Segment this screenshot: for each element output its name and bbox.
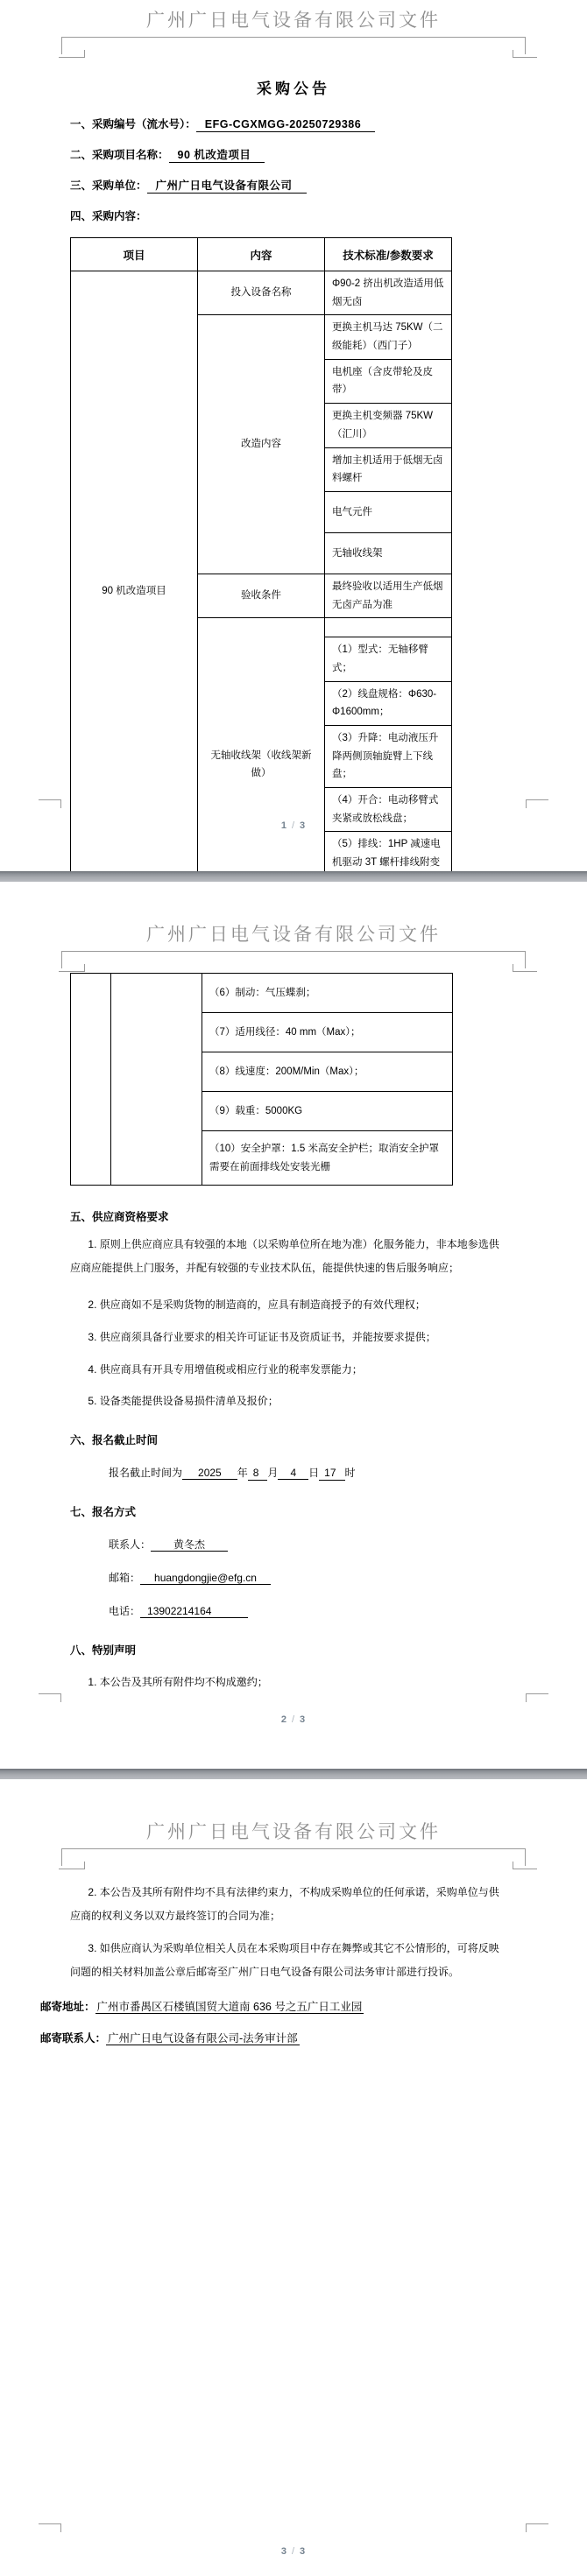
content-cell: 验收条件 xyxy=(198,574,325,617)
section8-item3: 3. 如供应商认为采购单位相关人员在本采购项目中存在舞弊或其它不公情形的，可将反… xyxy=(70,1937,508,1984)
spec-cell: （3）升降：电动液压升降两侧顶轴旋臂上下线盘； xyxy=(325,726,452,788)
field-purchase-number: 一、采购编号（流水号）：EFG-CGXMGG-20250729386 xyxy=(70,116,587,133)
header-cell-spec: 技术标准/参数要求 xyxy=(325,238,452,271)
field-value: 广州广日电气设备有限公司 xyxy=(147,179,307,194)
field-label: 二、采购项目名称： xyxy=(70,149,169,161)
spec-cell: （10）安全护罩：1.5 米高安全护栏；取消安全护罩需要在前面排线处安装光栅 xyxy=(202,1131,453,1186)
contact-name-label: 联系人： xyxy=(109,1538,151,1551)
deadline-day-unit: 日 xyxy=(308,1467,319,1479)
spec-cell: 电机座（含皮带轮及皮带） xyxy=(325,359,452,403)
field-purchase-content: 四、采购内容： xyxy=(70,208,587,225)
content-cell-empty xyxy=(111,974,202,1186)
letterhead-rule xyxy=(61,37,526,38)
company-letterhead: 广州广日电气设备有限公司文件 xyxy=(0,6,587,32)
deadline-month: 8 xyxy=(248,1467,268,1481)
page-number-slash: / xyxy=(287,2546,300,2557)
mailing-contact-value: 广州广日电气设备有限公司-法务审计部 xyxy=(106,2032,300,2045)
field-purchase-unit: 三、采购单位：广州广日电气设备有限公司 xyxy=(70,177,587,194)
section5-item: 4. 供应商具有开具专用增值税或相应行业的税率发票能力； xyxy=(70,1362,508,1377)
section5-item: 1. 原则上供应商应具有较强的本地（以采购单位所在地为准）化服务能力，非本地参选… xyxy=(70,1233,508,1280)
section5-item: 5. 设备类能提供设备易损件清单及报价； xyxy=(70,1394,508,1409)
header-cell-project: 项目 xyxy=(71,238,198,271)
section8-heading: 八、特别声明 xyxy=(70,1642,587,1658)
deadline-hour-unit: 时 xyxy=(345,1467,356,1479)
deadline-year-unit: 年 xyxy=(237,1467,248,1479)
field-project-name: 二、采购项目名称：90 机改造项目 xyxy=(70,146,587,164)
spec-cell-empty xyxy=(325,618,452,637)
page-header: 广州广日电气设备有限公司文件 xyxy=(0,0,587,38)
page-number: 1/3 xyxy=(0,820,587,831)
deadline-year: 2025 xyxy=(182,1467,237,1480)
spec-cell: （1）型式：无轴移臂式； xyxy=(325,637,452,681)
contact-name-line: 联系人：黄冬杰 xyxy=(109,1537,517,1552)
mailing-contact-label: 邮寄联系人： xyxy=(40,2032,106,2045)
page-number-slash: / xyxy=(287,820,300,831)
spec-cell: （2）线盘规格：Φ630-Φ1600mm； xyxy=(325,681,452,725)
letterhead-rule xyxy=(61,951,526,952)
document-page-1: 广州广日电气设备有限公司文件 采购公告 一、采购编号（流水号）：EFG-CGXM… xyxy=(0,0,587,871)
contact-email-value: huangdongjie@efg.cn xyxy=(140,1572,271,1585)
page-number-total: 3 xyxy=(300,2546,306,2557)
section8-item1: 1. 本公告及其所有附件均不构成邀约； xyxy=(70,1675,508,1690)
table-row: （6）制动：气压蝶刹； xyxy=(71,974,453,1013)
spec-cell: 增加主机适用于低烟无卤料螺杆 xyxy=(325,447,452,491)
page-number: 2/3 xyxy=(0,1714,587,1725)
project-cell-empty xyxy=(71,974,111,1186)
section6-heading: 六、报名截止时间 xyxy=(70,1432,587,1447)
mailing-address-line: 邮寄地址：广州市番禺区石楼镇国贸大道南 636 号之五广日工业园 xyxy=(40,1998,517,2016)
content-cell: 无轴收线架（收线架新做） xyxy=(198,618,325,871)
contact-phone-value: 13902214164 xyxy=(140,1605,248,1618)
deadline-month-unit: 月 xyxy=(267,1467,278,1479)
field-list: 一、采购编号（流水号）：EFG-CGXMGG-20250729386 二、采购项… xyxy=(70,116,587,225)
crop-mark-top-left xyxy=(59,1862,85,1869)
deadline-day: 4 xyxy=(278,1467,308,1480)
page-number-total: 3 xyxy=(300,820,306,831)
contact-email-line: 邮箱：huangdongjie@efg.cn xyxy=(109,1570,517,1586)
deadline-prefix: 报名截止时间为 xyxy=(109,1467,182,1479)
spec-cell: （8）线速度：200M/Min（Max）； xyxy=(202,1052,453,1092)
page-number-total: 3 xyxy=(300,1714,306,1725)
section7-heading: 七、报名方式 xyxy=(70,1503,587,1519)
crop-mark-bottom-left xyxy=(39,799,61,808)
table-row: 90 机改造项目 投入设备名称 Φ90-2 挤出机改造适用低烟无卤 xyxy=(71,271,452,315)
field-value: 90 机改造项目 xyxy=(169,149,265,163)
page-number-slash: / xyxy=(287,1714,300,1725)
project-cell: 90 机改造项目 xyxy=(71,271,198,872)
mailing-address-label: 邮寄地址： xyxy=(40,2001,95,2013)
spec-cell: 最终验收以适用生产低烟无卤产品为准 xyxy=(325,574,452,617)
contact-email-label: 邮箱： xyxy=(109,1572,140,1584)
page-number-current: 2 xyxy=(281,1714,287,1725)
crop-mark-bottom-left xyxy=(39,1693,61,1702)
crop-mark-bottom-right xyxy=(526,2523,548,2532)
crop-mark-top-left xyxy=(59,964,85,972)
crop-mark-bottom-right xyxy=(526,799,548,808)
section5-heading: 五、供应商资格要求 xyxy=(70,1208,587,1224)
field-label: 一、采购编号（流水号）： xyxy=(70,118,196,130)
crop-mark-top-right xyxy=(513,964,537,972)
page-separator xyxy=(0,871,587,882)
contact-phone-line: 电话：13902214164 xyxy=(109,1603,517,1619)
page-separator xyxy=(0,1769,587,1779)
company-letterhead: 广州广日电气设备有限公司文件 xyxy=(0,920,587,947)
spec-cell: 电气元件 xyxy=(325,491,452,532)
spec-cell: 更换主机变频器 75KW（汇川） xyxy=(325,404,452,447)
page-header: 广州广日电气设备有限公司文件 xyxy=(0,1779,587,1849)
field-label: 四、采购内容： xyxy=(70,210,147,222)
page-number: 3/3 xyxy=(0,2546,587,2557)
mailing-address-value: 广州市番禺区石楼镇国贸大道南 636 号之五广日工业园 xyxy=(95,2001,364,2014)
page-number-current: 3 xyxy=(281,2546,287,2557)
mailing-contact-line: 邮寄联系人：广州广日电气设备有限公司-法务审计部 xyxy=(40,2030,517,2047)
spec-cell: 更换主机马达 75KW（二级能耗）（西门子） xyxy=(325,315,452,359)
spec-cell: 无轴收线架 xyxy=(325,532,452,574)
deadline-line: 报名截止时间为2025年8月4日17时 xyxy=(109,1465,517,1481)
crop-mark-bottom-left xyxy=(39,2523,61,2532)
page-header: 广州广日电气设备有限公司文件 xyxy=(0,882,587,952)
document-page-3: 广州广日电气设备有限公司文件 2. 本公告及其所有附件均不具有法律约束力，不构成… xyxy=(0,1779,587,2576)
header-cell-content: 内容 xyxy=(198,238,325,271)
section5-item: 3. 供应商须具备行业要求的相关许可证证书及资质证书，并能按要求提供； xyxy=(70,1330,508,1345)
spec-cell: （5）排线：1HP 减速电机驱动 3T 螺杆排线附变频器调速,排线联动收线宽窄可… xyxy=(325,832,452,871)
spec-table-page2: （6）制动：气压蝶刹； （7）适用线径：40 mm（Max）； （8）线速度：2… xyxy=(70,973,453,1186)
spec-table-page1: 项目 内容 技术标准/参数要求 90 机改造项目 投入设备名称 Φ90-2 挤出… xyxy=(70,237,452,871)
company-letterhead: 广州广日电气设备有限公司文件 xyxy=(0,1818,587,1844)
field-label: 三、采购单位： xyxy=(70,179,147,192)
section5-item: 2. 供应商如不是采购货物的制造商的，应具有制造商授予的有效代理权； xyxy=(70,1298,508,1313)
spec-cell: （6）制动：气压蝶刹； xyxy=(202,974,453,1013)
spec-cell: Φ90-2 挤出机改造适用低烟无卤 xyxy=(325,271,452,315)
crop-mark-bottom-right xyxy=(526,1693,548,1702)
contact-name-value: 黄冬杰 xyxy=(151,1538,228,1552)
field-value: EFG-CGXMGG-20250729386 xyxy=(196,118,375,132)
crop-mark-top-right xyxy=(513,1862,537,1869)
crop-mark-top-right xyxy=(513,50,537,58)
page-number-current: 1 xyxy=(281,820,287,831)
page-title: 采购公告 xyxy=(0,76,587,98)
crop-mark-top-left xyxy=(59,50,85,58)
table-header-row: 项目 内容 技术标准/参数要求 xyxy=(71,238,452,271)
spec-cell: （7）适用线径：40 mm（Max）； xyxy=(202,1013,453,1052)
deadline-hour: 17 xyxy=(319,1467,344,1481)
section8-item2: 2. 本公告及其所有附件均不具有法律约束力，不构成采购单位的任何承诺，采购单位与… xyxy=(70,1881,508,1928)
content-cell: 投入设备名称 xyxy=(198,271,325,315)
letterhead-rule xyxy=(61,1848,526,1849)
spec-cell: （9）载重：5000KG xyxy=(202,1092,453,1131)
contact-phone-label: 电话： xyxy=(109,1605,140,1617)
content-cell: 改造内容 xyxy=(198,315,325,574)
document-page-2: 广州广日电气设备有限公司文件 （6）制动：气压蝶刹； （7）适用线径：40 mm… xyxy=(0,882,587,1769)
